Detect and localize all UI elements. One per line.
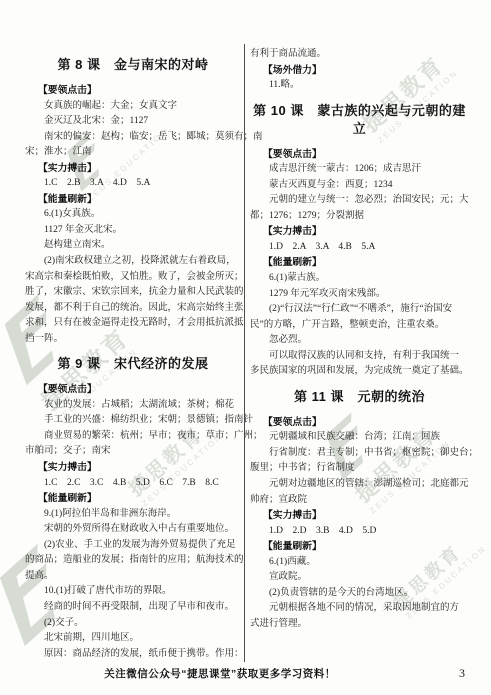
text-line: 原因：商品经济的发展，纸币便于携带。作用： — [25, 647, 241, 663]
text-line: 农业的发展：占城稻；太湖流域；茶树；棉花 — [25, 398, 241, 414]
lesson-title: 第 10 课 蒙古族的兴起与元朝的建立 — [250, 102, 469, 138]
text-line: 1279 年元军攻灭南宋残部。 — [250, 287, 469, 303]
text-line: 6.(1)西藏。 — [250, 555, 469, 571]
footer-notice: 关注微信公众号“捷思课堂”获取更多学习资料！ — [0, 666, 440, 681]
lesson-title: 第 9 课 宋代经济的发展 — [25, 355, 241, 373]
text-line: 11.略。 — [250, 78, 469, 94]
text-line: 民”的方略，广开言路，整顿吏治，注重农桑。 — [250, 318, 469, 334]
text-line: (2)南宋政权建立之初，投降派就左右着政局， — [25, 254, 241, 270]
text-line: 挡一阵。 — [25, 332, 241, 348]
text-line: 南宋的偏安：赵构；临安；岳飞；郾城；莫须有；南 — [25, 130, 241, 146]
lesson-title: 第 11 课 元朝的统治 — [250, 388, 469, 406]
section-badge: 【要领点击】 — [25, 382, 241, 398]
text-line: 赵构建立南宋。 — [25, 238, 241, 254]
text-line: 的商品；造船业的发展；指南针的应用；航海技术的 — [25, 553, 241, 569]
text-line: 1.D 2.D 3.B 4.D 5.D — [250, 524, 469, 540]
text-line: 6.(1)蒙古族。 — [250, 271, 469, 287]
text-line: 宣政院。 — [250, 570, 469, 586]
text-line: 胜了，宋徽宗、宋钦宗回来，抗金力量和人民武装的 — [25, 285, 241, 301]
text-line: 都；1276；1279；分裂割据 — [250, 209, 469, 225]
text-line: 经商的时间不再受限制，出现了早市和夜市。 — [25, 600, 241, 616]
text-line: 求和，只有在被金逼得走投无路时，才会用抵抗派抵 — [25, 316, 241, 332]
text-line: 元朝对边疆地区的管辖：澎湖巡检司；北庭都元 — [250, 477, 469, 493]
text-line: 蒙古灭西夏与金：西夏；1234 — [250, 178, 469, 194]
text-line: 宋；淮水；江南 — [25, 145, 241, 161]
section-badge: 【实力搏击】 — [25, 460, 241, 476]
text-line: 1127 年金灭北宋。 — [25, 223, 241, 239]
text-line: 市舶司；交子；南宋 — [25, 444, 241, 460]
section-badge: 【实力搏击】 — [250, 508, 469, 524]
text-line: (2)农业、手工业的发展为海外贸易提供了充足 — [25, 538, 241, 554]
text-line: 6.(1)女真族。 — [25, 207, 241, 223]
lesson-title: 第 8 课 金与南宋的对峙 — [25, 56, 241, 74]
text-line: 9.(1)阿拉伯半岛和非洲东海岸。 — [25, 507, 241, 523]
text-line: 多民族国家的巩固和发展，为完成统一奠定了基础。 — [250, 364, 469, 380]
text-line: 1.C 2.B 3.A 4.D 5.A — [25, 176, 241, 192]
text-line: 发展，都不利于自己的统治。因此，宋高宗始终主张 — [25, 301, 241, 317]
text-line: 元朝根据各地不同的情况，采取因地制宜的方 — [250, 601, 469, 617]
section-badge: 【要领点击】 — [25, 83, 241, 99]
page-number: 3 — [459, 666, 465, 681]
text-line: 元朝的建立与统一：忽必烈；治国安民；元；大 — [250, 193, 469, 209]
text-line: 行省制度：君主专制；中书省；枢密院；御史台； — [250, 446, 469, 462]
text-line: 忽必烈。 — [250, 333, 469, 349]
text-line: 北宋前期，四川地区。 — [25, 631, 241, 647]
text-line: 宋朝的外贸所得在财政收入中占有重要地位。 — [25, 522, 241, 538]
text-line: 10.(1)打破了唐代市坊的界限。 — [25, 584, 241, 600]
text-line: 商业贸易的繁荣：杭州；早市；夜市；草市；广州； — [25, 429, 241, 445]
text-line: 腹里；中书省；行省制度 — [250, 461, 469, 477]
section-badge: 【要领点击】 — [250, 147, 469, 163]
text-line: 帅府；宣政院 — [250, 493, 469, 509]
text-line: 手工业的兴盛：棉纺织业；宋朝；景德镇；指南针 — [25, 413, 241, 429]
left-column: 第 8 课 金与南宋的对峙【要领点击】女真族的崛起：大金；女真文字金灭辽及北宋：… — [25, 48, 241, 662]
text-line: (2)交子。 — [25, 616, 241, 632]
text-line: 元朝疆域和民族交融：台湾；江南；回族 — [250, 430, 469, 446]
text-line: 女真族的崛起：大金；女真文字 — [25, 99, 241, 115]
text-line: (2)“行汉法”“行仁政”“不嗜杀”，施行“治国安 — [250, 302, 469, 318]
text-line: (2)负责管辖的是今天的台湾地区。 — [250, 586, 469, 602]
section-badge: 【要领点击】 — [250, 415, 469, 431]
section-badge: 【能量刷新】 — [25, 491, 241, 507]
text-line: 提高。 — [25, 569, 241, 585]
text-line: 可以取得汉族的认同和支持，有利于我国统一 — [250, 349, 469, 365]
right-column: 有利于商品流通。【场外借力】11.略。第 10 课 蒙古族的兴起与元朝的建立【要… — [250, 47, 469, 633]
text-line: 有利于商品流通。 — [250, 47, 469, 63]
section-badge: 【能量刷新】 — [25, 192, 241, 208]
text-line: 1.D 2.A 3.A 4.B 5.A — [250, 240, 469, 256]
text-line: 式进行管理。 — [250, 617, 469, 633]
section-badge: 【能量刷新】 — [250, 255, 469, 271]
text-line: 宋高宗和秦桧既怕败，又怕胜。败了，会被金所灭； — [25, 270, 241, 286]
text-line: 金灭辽及北宋：金；1127 — [25, 114, 241, 130]
text-line: 1.C 2.C 3.C 4.B 5.D 6.C 7.B 8.C — [25, 476, 241, 492]
section-badge: 【实力搏击】 — [25, 161, 241, 177]
text-line: 成吉思汗统一蒙古：1206；成吉思汗 — [250, 162, 469, 178]
section-badge: 【实力搏击】 — [250, 224, 469, 240]
section-badge: 【场外借力】 — [250, 63, 469, 79]
answer-book-page: 捷思教育ZEUS EDUCATIONZEUS EDUCATION捷思教育ZEUS… — [0, 0, 491, 695]
section-badge: 【能量刷新】 — [250, 539, 469, 555]
